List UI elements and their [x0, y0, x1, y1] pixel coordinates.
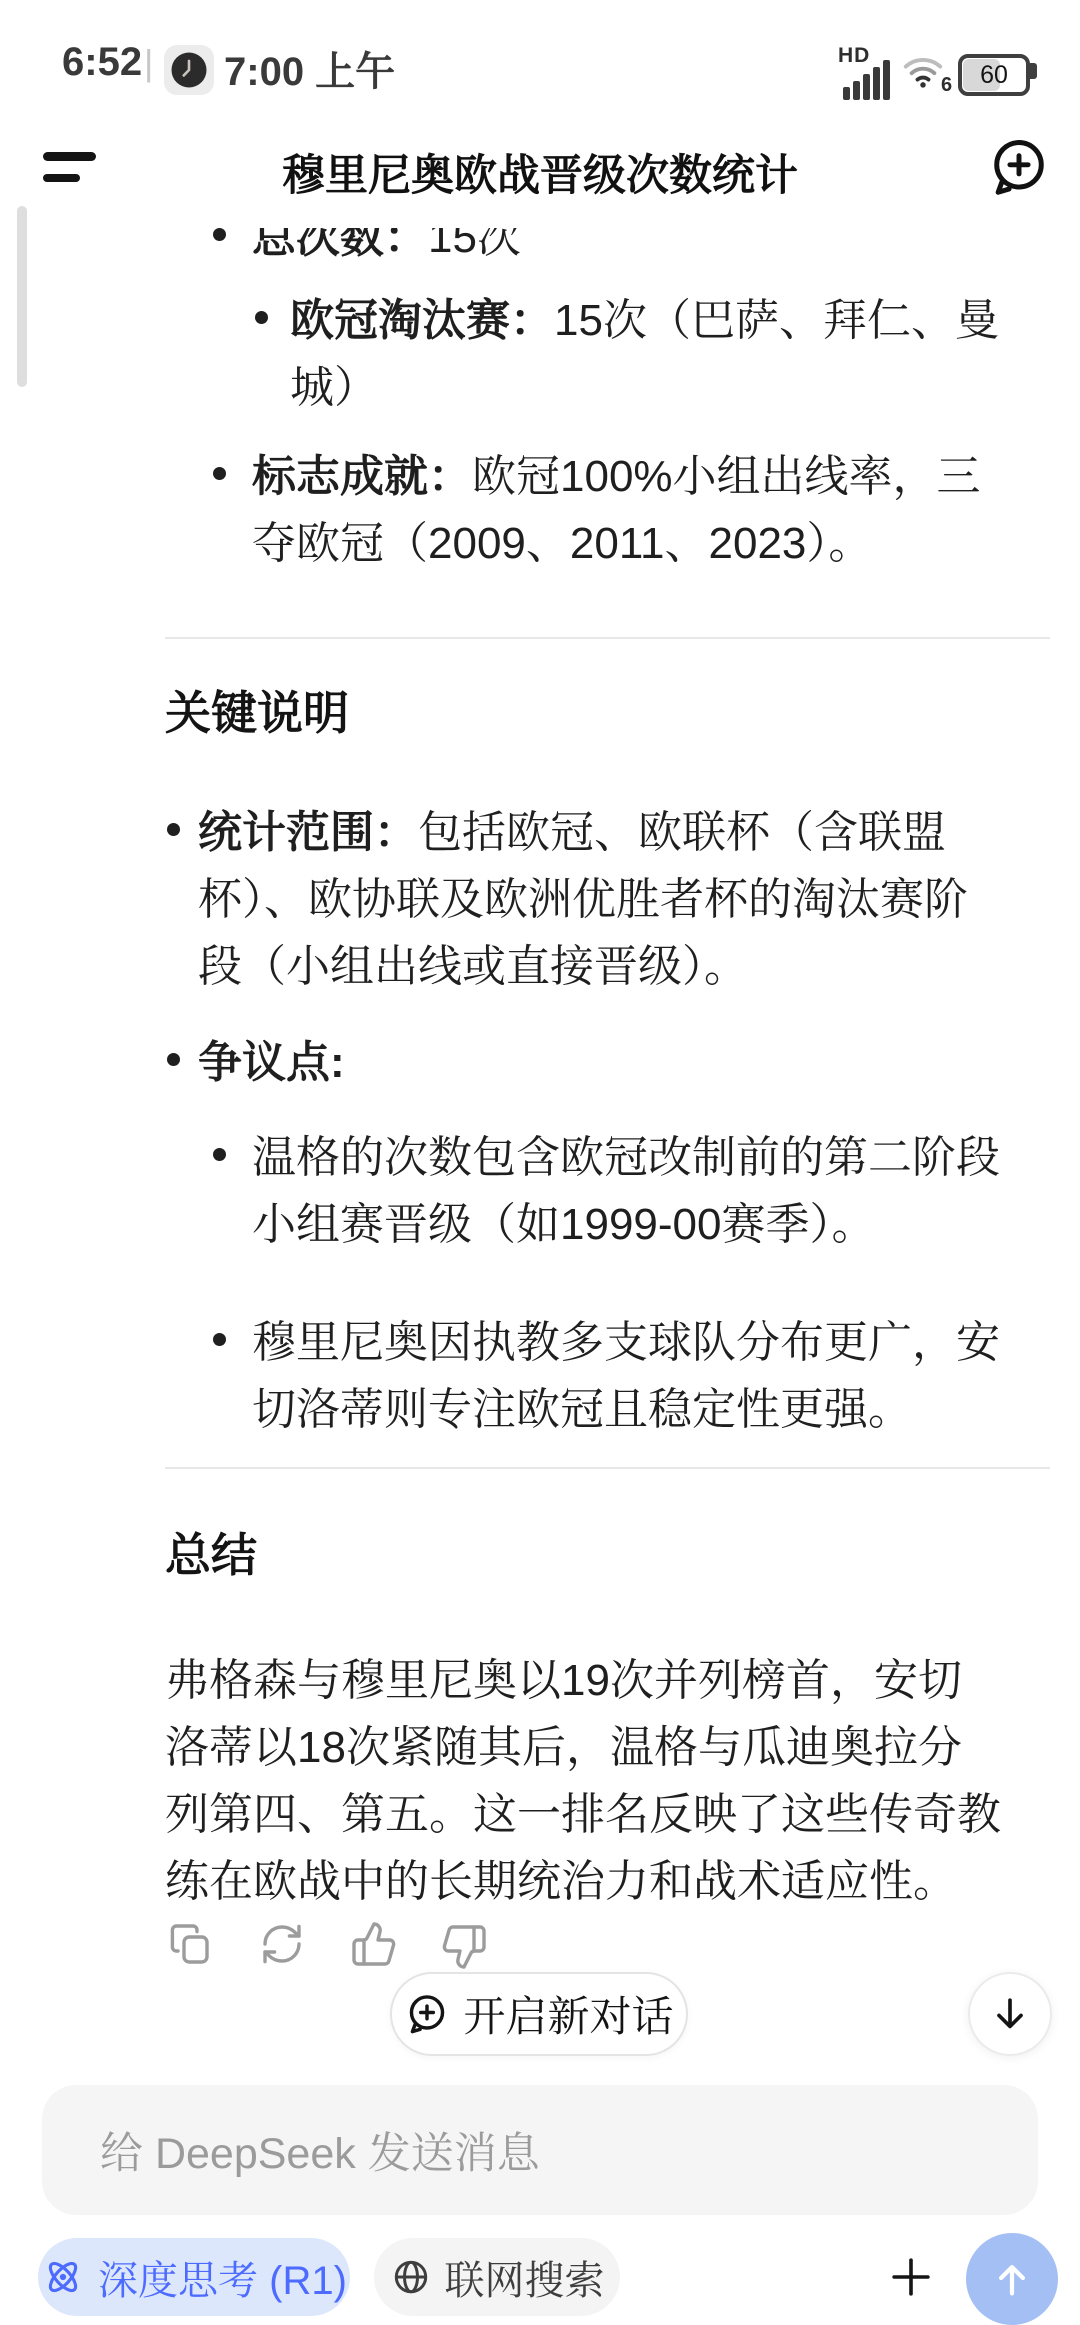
battery-percent: 60: [962, 58, 1026, 92]
battery-icon: 60: [958, 54, 1030, 96]
top-bar: 6:52 | 7:00 上午 HD 6 60 穆里尼奥欧战晋级次数统计: [0, 0, 1080, 228]
chat-bubble-plus-icon: [404, 1991, 450, 2037]
time-text: 6:52: [62, 40, 142, 85]
item-label: 标志成就：: [252, 452, 472, 501]
list-item: 争议点:: [165, 1029, 1080, 1096]
bullet: [213, 228, 226, 241]
summary-paragraph: 弗格森与穆里尼奥以19次并列榜首，安切 洛蒂以18次紧随其后，温格与瓜迪奥拉分 …: [165, 1647, 1065, 1915]
scrollbar-thumb[interactable]: [17, 206, 27, 387]
send-button[interactable]: [966, 2233, 1058, 2325]
item-text: 温格的次数包含欧冠改制前的第二阶段 小组赛晋级（如1999-00赛季）。: [252, 1133, 1000, 1249]
thumbs-up-button[interactable]: [350, 1920, 398, 1968]
atom-icon: [41, 2255, 85, 2299]
section-divider: [165, 637, 1050, 639]
down-arrow-icon: [988, 1992, 1032, 2036]
section-heading-summary: 总结: [165, 1525, 257, 1585]
thumbs-down-button[interactable]: [440, 1923, 488, 1971]
regenerate-button[interactable]: [258, 1920, 306, 1968]
message-actions: [166, 1920, 566, 1970]
bullet: [213, 1333, 226, 1346]
bullet: [167, 1053, 180, 1066]
thumbs-down-icon: [440, 1923, 488, 1971]
bullet: [213, 1148, 226, 1161]
deepthink-label: 深度思考 (R1): [98, 2249, 347, 2306]
bullet: [255, 311, 268, 324]
clock-icon: [168, 49, 210, 91]
web-search-label: 联网搜索: [445, 2249, 605, 2306]
section-heading-key-notes: 关键说明: [165, 683, 349, 743]
item-label: 统计范围：: [198, 808, 418, 857]
message-input-placeholder: 给 DeepSeek 发送消息: [100, 2120, 540, 2181]
globe-icon: [390, 2256, 432, 2298]
page-title: 穆里尼奥欧战晋级次数统计: [0, 142, 1080, 203]
up-arrow-icon: [989, 2256, 1035, 2302]
item-label: 争议点:: [198, 1038, 345, 1087]
battery-nub: [1030, 63, 1037, 79]
item-label: 欧冠淘汰赛：: [290, 296, 554, 345]
list-item: 温格的次数包含欧冠改制前的第二阶段 小组赛晋级（如1999-00赛季）。: [165, 1124, 1080, 1258]
list-item: 标志成就：欧冠100%小组出线率，三 夺欧冠（2009、2011、2023）。: [165, 443, 1080, 577]
bullet: [213, 467, 226, 480]
status-separator: |: [144, 42, 153, 84]
list-item: 统计范围：包括欧冠、欧联杯（含联盟 杯）、欧协联及欧洲优胜者杯的淘汰赛阶 段（小…: [165, 799, 1080, 1000]
wifi-standard-label: 6: [941, 74, 952, 97]
section-divider: [165, 1467, 1050, 1469]
deepthink-toggle[interactable]: 深度思考 (R1): [38, 2238, 350, 2316]
copy-button[interactable]: [166, 1920, 214, 1968]
attach-button[interactable]: [884, 2250, 938, 2304]
plus-icon: [884, 2250, 938, 2304]
web-search-toggle[interactable]: 联网搜索: [374, 2238, 620, 2316]
signal-bars-icon: [843, 58, 895, 100]
list-item: 穆里尼奥因执教多支球队分布更广，安 切洛蒂则专注欧冠且稳定性更强。: [165, 1309, 1080, 1443]
wifi-icon: [901, 52, 945, 95]
copy-icon: [166, 1920, 214, 1968]
alarm-clock-badge: [164, 45, 214, 95]
new-chat-button[interactable]: 开启新对话: [390, 1972, 688, 2056]
new-chat-icon[interactable]: [986, 134, 1052, 200]
scroll-to-bottom-button[interactable]: [968, 1972, 1052, 2056]
regenerate-icon: [258, 1920, 306, 1968]
alarm-time-text: 7:00 上午: [224, 40, 395, 97]
list-item: 欧冠淘汰赛：15次（巴萨、拜仁、曼 城）: [165, 287, 1080, 421]
thumbs-up-icon: [350, 1920, 398, 1968]
bullet: [167, 823, 180, 836]
new-chat-label: 开启新对话: [463, 1984, 673, 2044]
deepseek-chat-screen: 总次数：15次 欧冠淘汰赛：15次（巴萨、拜仁、曼 城） 标志成就：欧冠100%…: [0, 0, 1080, 2325]
item-text: 穆里尼奥因执教多支球队分布更广，安 切洛蒂则专注欧冠且稳定性更强。: [252, 1318, 1000, 1434]
message-input[interactable]: 给 DeepSeek 发送消息: [42, 2085, 1038, 2215]
